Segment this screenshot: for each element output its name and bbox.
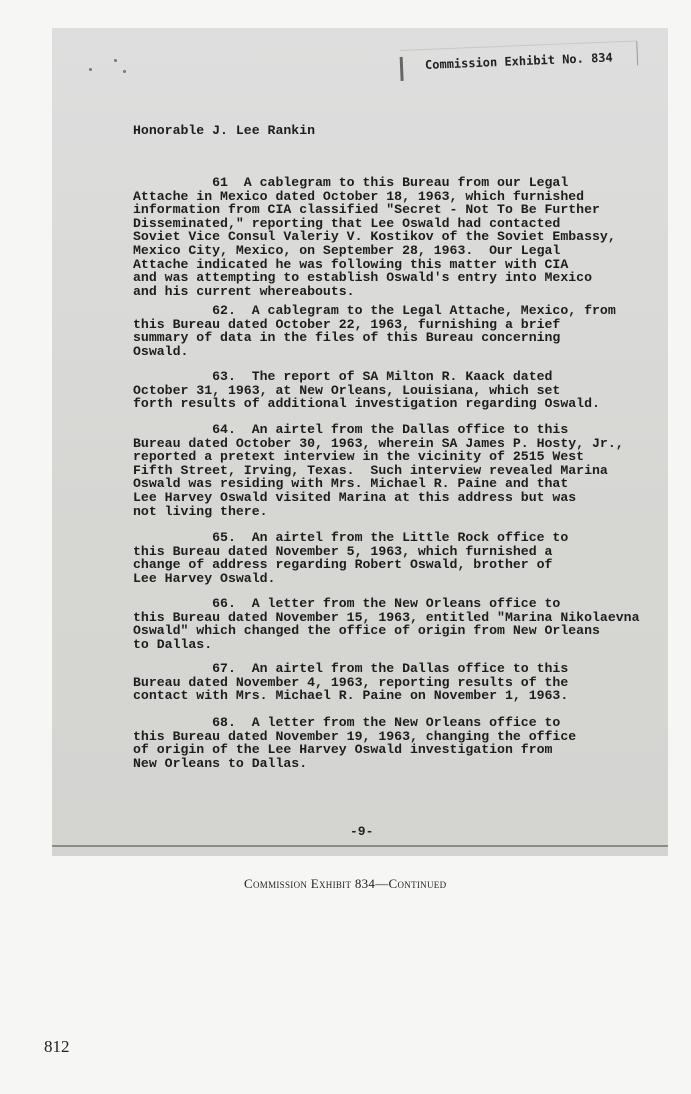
speck-mark: [123, 70, 126, 73]
line: contact with Mrs. Michael R. Paine on No…: [133, 688, 568, 703]
paragraph-68: 68. A letter from the New Orleans office…: [133, 716, 653, 770]
paragraph-63: 63. The report of SA Milton R. Kaack dat…: [133, 370, 653, 411]
addressee: Honorable J. Lee Rankin: [133, 124, 315, 138]
folio-number: 812: [44, 1037, 70, 1057]
paragraph-66: 66. A letter from the New Orleans office…: [133, 597, 653, 651]
line: New Orleans to Dallas.: [133, 756, 307, 771]
line: Oswald.: [133, 344, 188, 359]
paragraph-64: 64. An airtel from the Dallas office to …: [133, 423, 653, 518]
page-bottom-rule: [52, 845, 668, 847]
line: to Dallas.: [133, 637, 212, 652]
exhibit-caption: Commission Exhibit 834—Continued: [244, 876, 446, 892]
line: summary of data in the files of this Bur…: [133, 330, 560, 345]
paragraph-62: 62. A cablegram to the Legal Attache, Me…: [133, 304, 653, 358]
line: Lee Harvey Oswald.: [133, 571, 275, 586]
paragraph-65: 65. An airtel from the Little Rock offic…: [133, 531, 653, 585]
line: not living there.: [133, 504, 268, 519]
line: and his current whereabouts.: [133, 284, 355, 299]
paragraph-67: 67. An airtel from the Dallas office to …: [133, 662, 653, 703]
paragraph-61: 61 A cablegram to this Bureau from our L…: [133, 176, 653, 298]
speck-mark: [114, 59, 117, 62]
speck-mark: [89, 68, 92, 71]
page-number: -9-: [350, 824, 373, 839]
exhibit-tag-label: Commission Exhibit No. 834: [425, 50, 613, 72]
line: forth results of additional investigatio…: [133, 396, 600, 411]
tag-edge-mark: [400, 57, 404, 81]
